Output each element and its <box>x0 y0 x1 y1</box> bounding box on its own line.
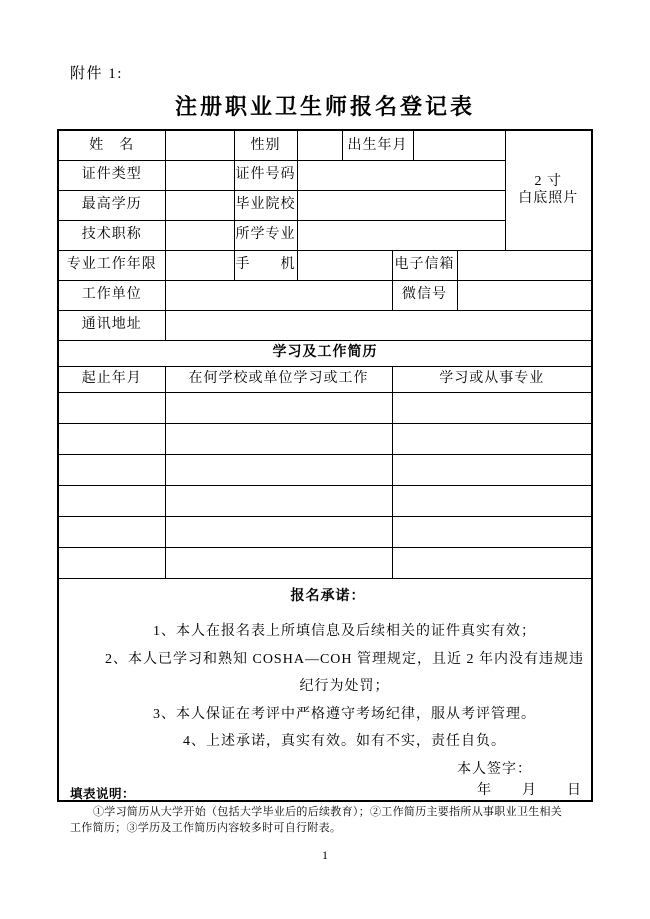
form-title: 注册职业卫生师报名登记表 <box>0 90 650 121</box>
resume-major-cell[interactable] <box>392 423 592 454</box>
resume-period-cell[interactable] <box>58 485 165 516</box>
resume-place-cell[interactable] <box>165 423 392 454</box>
name-input-cell[interactable] <box>165 130 234 160</box>
resume-place-cell[interactable] <box>165 547 392 578</box>
wechat-input-cell[interactable] <box>457 280 592 310</box>
row-commitment: 报名承诺： 1、本人在报名表上所填信息及后续相关的证件真实有效； 2、本人已学习… <box>58 578 592 801</box>
resume-row <box>58 516 592 547</box>
row-address: 通讯地址 <box>58 310 592 340</box>
commitment-items: 1、本人在报名表上所填信息及后续相关的证件真实有效； 2、本人已学习和熟知 CO… <box>98 618 591 756</box>
attachment-label: 附件 1: <box>70 62 123 83</box>
resume-major-cell[interactable] <box>392 485 592 516</box>
mobile-input-cell[interactable] <box>297 250 392 280</box>
resume-period-cell[interactable] <box>58 423 165 454</box>
name-label: 姓 名 <box>58 130 165 160</box>
form-notes: 填表说明： ①学习简历从大学开始（包括大学毕业后的后续教育）；②工作简历主要指所… <box>70 784 567 836</box>
photo-label-line2: 白底照片 <box>506 190 592 208</box>
row-employer: 工作单位 微信号 <box>58 280 592 310</box>
photo-placeholder-cell[interactable]: 2 寸 白底照片 <box>505 130 592 250</box>
wechat-label: 微信号 <box>392 280 457 310</box>
commitment-item: 1、本人在报名表上所填信息及后续相关的证件真实有效； <box>98 618 591 646</box>
email-label: 电子信箱 <box>392 250 457 280</box>
id-type-label: 证件类型 <box>58 160 165 190</box>
id-number-input-cell[interactable] <box>297 160 505 190</box>
mobile-label: 手 机 <box>234 250 297 280</box>
period-column-header: 起止年月 <box>58 366 165 392</box>
resume-row <box>58 392 592 423</box>
notes-heading: 填表说明： <box>70 784 567 802</box>
major-column-header: 学习或从事专业 <box>392 366 592 392</box>
address-label: 通讯地址 <box>58 310 165 340</box>
resume-place-cell[interactable] <box>165 392 392 423</box>
signature-label: 本人签字： <box>457 762 532 777</box>
place-column-header: 在何学校或单位学习或工作 <box>165 366 392 392</box>
signature-line[interactable]: 本人签字： <box>398 761 591 779</box>
major-label: 所学专业 <box>234 220 297 250</box>
email-input-cell[interactable] <box>457 250 592 280</box>
commitment-cell: 报名承诺： 1、本人在报名表上所填信息及后续相关的证件真实有效； 2、本人已学习… <box>58 578 592 801</box>
education-label: 最高学历 <box>58 190 165 220</box>
resume-period-cell[interactable] <box>58 516 165 547</box>
commitment-heading: 报名承诺： <box>65 588 591 606</box>
row-resume-section: 学习及工作简历 <box>58 340 592 366</box>
resume-period-cell[interactable] <box>58 392 165 423</box>
resume-period-cell[interactable] <box>58 547 165 578</box>
birth-date-label: 出生年月 <box>342 130 413 160</box>
registration-form-table: 姓 名 性别 出生年月 2 寸 白底照片 证件类型 证件号码 最高学历 毕业院校… <box>57 129 593 802</box>
address-input-cell[interactable] <box>165 310 592 340</box>
resume-section-header: 学习及工作简历 <box>58 340 592 366</box>
gender-label: 性别 <box>234 130 297 160</box>
resume-row <box>58 454 592 485</box>
job-title-input-cell[interactable] <box>165 220 234 250</box>
employer-label: 工作单位 <box>58 280 165 310</box>
commitment-item: 4、上述承诺，真实有效。如有不实，责任自负。 <box>98 728 591 756</box>
employer-input-cell[interactable] <box>165 280 392 310</box>
resume-row <box>58 547 592 578</box>
id-type-input-cell[interactable] <box>165 160 234 190</box>
row-name: 姓 名 性别 出生年月 2 寸 白底照片 <box>58 130 592 160</box>
row-work-contact: 专业工作年限 手 机 电子信箱 <box>58 250 592 280</box>
gender-input-cell[interactable] <box>297 130 342 160</box>
school-label: 毕业院校 <box>234 190 297 220</box>
resume-place-cell[interactable] <box>165 485 392 516</box>
row-resume-columns: 起止年月 在何学校或单位学习或工作 学习或从事专业 <box>58 366 592 392</box>
work-years-input-cell[interactable] <box>165 250 234 280</box>
birth-date-input-cell[interactable] <box>413 130 505 160</box>
resume-major-cell[interactable] <box>392 547 592 578</box>
commitment-item: 3、本人保证在考评中严格遵守考场纪律，服从考评管理。 <box>98 701 591 729</box>
resume-major-cell[interactable] <box>392 516 592 547</box>
resume-place-cell[interactable] <box>165 516 392 547</box>
resume-place-cell[interactable] <box>165 454 392 485</box>
school-input-cell[interactable] <box>297 190 505 220</box>
major-input-cell[interactable] <box>297 220 505 250</box>
notes-body: ①学习简历从大学开始（包括大学毕业后的后续教育）；②工作简历主要指所从事职业卫生… <box>70 804 567 836</box>
resume-major-cell[interactable] <box>392 454 592 485</box>
page-number: 1 <box>0 848 650 863</box>
id-number-label: 证件号码 <box>234 160 297 190</box>
job-title-label: 技术职称 <box>58 220 165 250</box>
resume-period-cell[interactable] <box>58 454 165 485</box>
education-input-cell[interactable] <box>165 190 234 220</box>
resume-major-cell[interactable] <box>392 392 592 423</box>
resume-row <box>58 485 592 516</box>
work-years-label: 专业工作年限 <box>58 250 165 280</box>
photo-label-line1: 2 寸 <box>506 173 592 191</box>
commitment-item: 2、本人已学习和熟知 COSHA—COH 管理规定，且近 2 年内没有违规违纪行… <box>98 646 591 701</box>
resume-row <box>58 423 592 454</box>
